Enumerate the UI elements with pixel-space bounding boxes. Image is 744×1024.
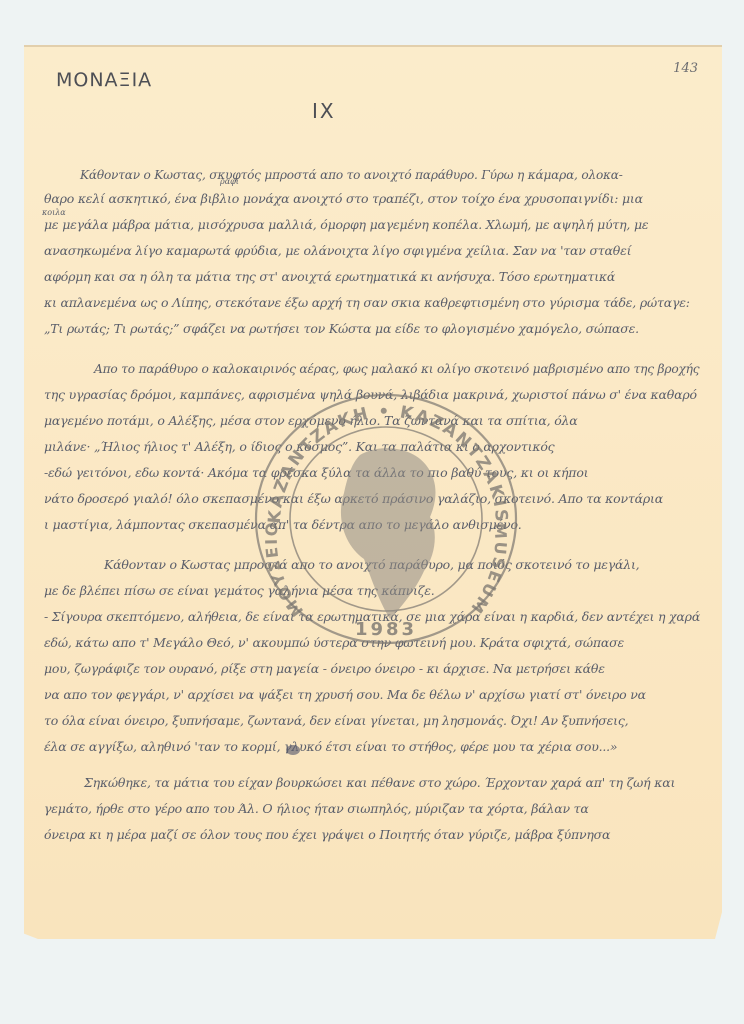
paper-edge [24,45,722,47]
handwritten-line: να απο τον φεγγάρι, ν' αρχίσει να ψάξει … [44,687,646,702]
handwritten-line: „Τι ρωτάς; Τι ρωτάς;” σφάζει να ρωτήσει … [44,321,639,336]
handwritten-line: - Σίγουρα σκεπτόμενο, αλήθεια, δε είναι … [44,609,700,624]
handwritten-line: ι μαστίγια, λάμποντας σκεπασμένα απ' τα … [44,517,522,532]
manuscript-page: ΜΟΝΑΞΙΑ 143 IX ραφι κοιλα Κάθονταν ο Κωσ… [24,45,722,939]
handwritten-line: έλα σε αγγίξω, αληθινό 'ταν το κορμί, γλ… [44,739,617,754]
handwritten-line: Σηκώθηκε, τα μάτια του είχαν βουρκώσει κ… [84,775,675,790]
handwritten-line: Απο το παράθυρο ο καλοκαιρινός αέρας, φω… [94,361,699,376]
handwritten-line: αφόρμη και σα η όλη τα μάτια της στ' ανο… [44,269,615,284]
handwritten-line: μου, ζωγράφιζε τον ουρανό, ρίξε στη μαγε… [44,661,605,676]
handwritten-line: το όλα είναι όνειρο, ξυπνήσαμε, ζωντανά,… [44,713,628,728]
handwritten-line: Κάθονταν ο Κωστας μπροστά απο το ανοιχτό… [104,557,639,572]
handwritten-line: γεμάτο, ήρθε στο γέρο απο του Άλ. Ο ήλιο… [44,801,589,816]
ink-blot [286,745,300,755]
margin-insertion: κοιλα [42,208,66,217]
handwritten-line: της υγρασίας δρόμοι, καμπάνες, αφρισμένα… [44,387,697,402]
handwritten-line: μιλάνε· „Ήλιος ήλιος τ' Αλέξη, ο ίδιος ο… [44,439,554,454]
scanned-manuscript: ΜΟΝΑΞΙΑ 143 IX ραφι κοιλα Κάθονταν ο Κωσ… [0,0,744,1024]
handwritten-line: νάτο δροσερό γιαλό! όλο σκεπασμένο και έ… [44,491,663,506]
handwritten-line: ανασηκωμένα λίγο καμαρωτά φρύδια, με ολά… [44,243,631,258]
handwritten-line: με μεγάλα μάβρα μάτια, μισόχρυσα μαλλιά,… [44,217,648,232]
handwritten-line: όνειρα κι η μέρα μαζί σε όλον τους που έ… [44,827,610,842]
handwritten-line: μαγεμένο ποτάμι, ο Αλέξης, μέσα στον ερχ… [44,413,578,428]
chapter-number: IX [312,99,336,123]
handwritten-line: -εδώ γειτόνοι, εδω κοντά· Ακόμα τα φρέσκ… [44,465,588,480]
page-number: 143 [673,61,698,76]
handwritten-line: κι απλανεμένα ως ο Λίπης, στεκότανε έξω … [44,295,690,310]
manuscript-title: ΜΟΝΑΞΙΑ [56,69,152,91]
handwritten-line: εδώ, κάτω απο τ' Μεγάλο Θεό, ν' ακουμπώ … [44,635,624,650]
handwritten-line: με δε βλέπει πίσω σε είναι γεμάτος γαλήν… [44,583,435,598]
handwritten-line: θαρο κελί ασκητικό, ένα βιβλιο μονάχα αν… [44,191,643,206]
handwritten-line: Κάθονταν ο Κωστας, σκυφτός μπροστά απο τ… [80,167,700,182]
